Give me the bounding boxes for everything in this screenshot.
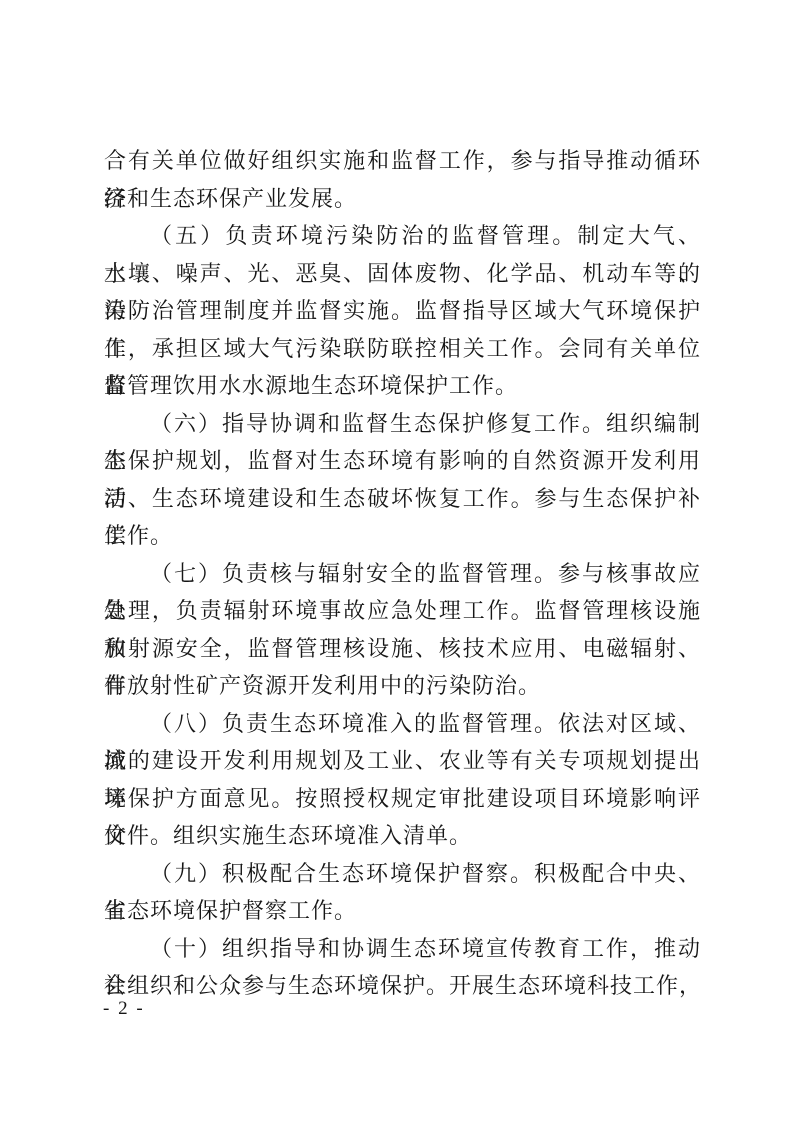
text-line: 处理，负责辐射环境事故应急处理工作。监督管理核设施和 [104,592,701,630]
text-line: 督管理饮用水水源地生态环境保护工作。 [104,367,701,405]
text-line: 放射源安全，监督管理核设施、核技术应用、电磁辐射、伴 [104,630,701,668]
text-line: 土壤、噪声、光、恶臭、固体废物、化学品、机动车等的污 [104,255,701,293]
text-line: 域的建设开发利用规划及工业、农业等有关专项规划提出环 [104,742,701,780]
text-line: 境保护方面意见。按照授权规定审批建设项目环境影响评价 [104,780,701,818]
text-line: 有放射性矿产资源开发利用中的污染防治。 [104,667,701,705]
text-line: 态保护规划，监督对生态环境有影响的自然资源开发利用活 [104,442,701,480]
text-line: 工作。 [104,517,701,555]
document-body: 合有关单位做好组织实施和监督工作，参与指导推动循环经 济和生态环保产业发展。 （… [104,142,701,1005]
text-line: （七）负责核与辐射安全的监督管理。参与核事故应急 [104,555,701,593]
document-page: 合有关单位做好组织实施和监督工作，参与指导推动循环经 济和生态环保产业发展。 （… [0,0,793,1122]
page-number: - 2 - [103,998,145,1020]
text-line: （五）负责环境污染防治的监督管理。制定大气、水、 [104,217,701,255]
text-line: （九）积极配合生态环境保护督察。积极配合中央、省 [104,855,701,893]
text-line: （十）组织指导和协调生态环境宣传教育工作，推动社 [104,930,701,968]
text-line: 合有关单位做好组织实施和监督工作，参与指导推动循环经 [104,142,701,180]
text-line: （八）负责生态环境准入的监督管理。依法对区域、流 [104,705,701,743]
text-line: 动、生态环境建设和生态破坏恢复工作。参与生态保护补偿 [104,480,701,518]
text-line: 染防治管理制度并监督实施。监督指导区域大气环境保护工 [104,292,701,330]
text-line: 会组织和公众参与生态环境保护。开展生态环境科技工作， [104,967,701,1005]
text-line: （六）指导协调和监督生态保护修复工作。组织编制生 [104,405,701,443]
text-line: 济和生态环保产业发展。 [104,180,701,218]
text-line: 生态环境保护督察工作。 [104,892,701,930]
text-line: 作，承担区域大气污染联防联控相关工作。会同有关单位监 [104,330,701,368]
text-line: 文件。组织实施生态环境准入清单。 [104,817,701,855]
